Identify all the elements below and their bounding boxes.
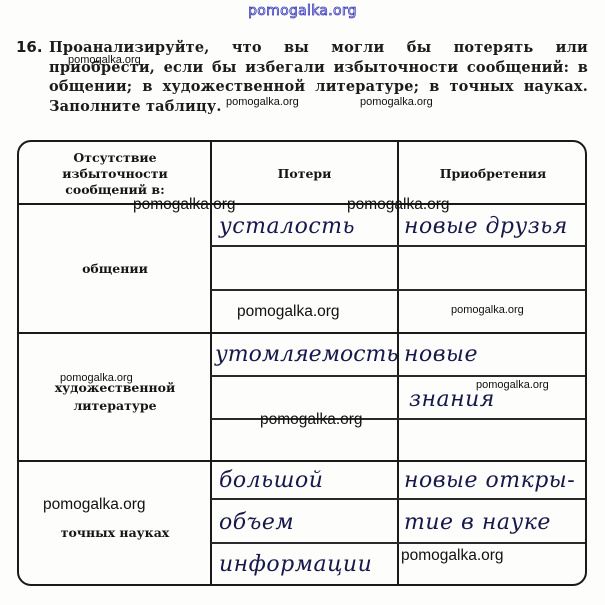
task-number: 16.	[16, 38, 43, 58]
watermark-top: pomogalka.org	[0, 3, 605, 19]
answer-loss-3-1: большой	[219, 468, 323, 493]
watermark: pomogalka.org	[451, 304, 524, 316]
answer-gain-3-1: новые откры-	[404, 468, 575, 493]
line-divider	[211, 542, 585, 544]
row-label-exact-sciences: точных науках	[19, 462, 211, 584]
answer-gain-3-2: тие в науке	[404, 510, 551, 535]
task-statement: 16. Проанализируйте, что вы могли бы пот…	[16, 38, 588, 116]
watermark: pomogalka.org	[68, 54, 141, 66]
answer-loss-3-2: объем	[219, 510, 294, 535]
answer-gain-2-1: новые	[404, 342, 478, 367]
answer-loss-3-3: информации	[219, 552, 372, 577]
watermark: pomogalka.org	[360, 96, 433, 108]
line-divider	[211, 245, 585, 247]
line-divider	[211, 289, 585, 291]
answer-table: Отсутствие избыточности сообщений в: Пот…	[17, 140, 587, 586]
watermark: pomogalka.org	[43, 496, 146, 514]
answer-gain-1-1: новые друзья	[404, 214, 568, 239]
watermark: pomogalka.org	[133, 196, 236, 214]
watermark: pomogalka.org	[260, 411, 363, 429]
watermark: pomogalka.org	[401, 547, 504, 565]
watermark: pomogalka.org	[476, 379, 549, 391]
line-divider	[211, 498, 585, 500]
task-text: Проанализируйте, что вы могли бы потерят…	[49, 38, 588, 116]
watermark: pomogalka.org	[60, 372, 133, 384]
watermark: pomogalka.org	[347, 196, 450, 214]
row-label-fiction: художественной литературе	[19, 334, 211, 460]
watermark: pomogalka.org	[226, 96, 299, 108]
watermark: pomogalka.org	[237, 303, 340, 321]
row-label-communication: общении	[19, 205, 211, 332]
line-divider	[211, 375, 585, 377]
answer-loss-1-1: усталость	[219, 214, 355, 239]
answer-loss-2-1: утомляемость	[215, 342, 398, 367]
